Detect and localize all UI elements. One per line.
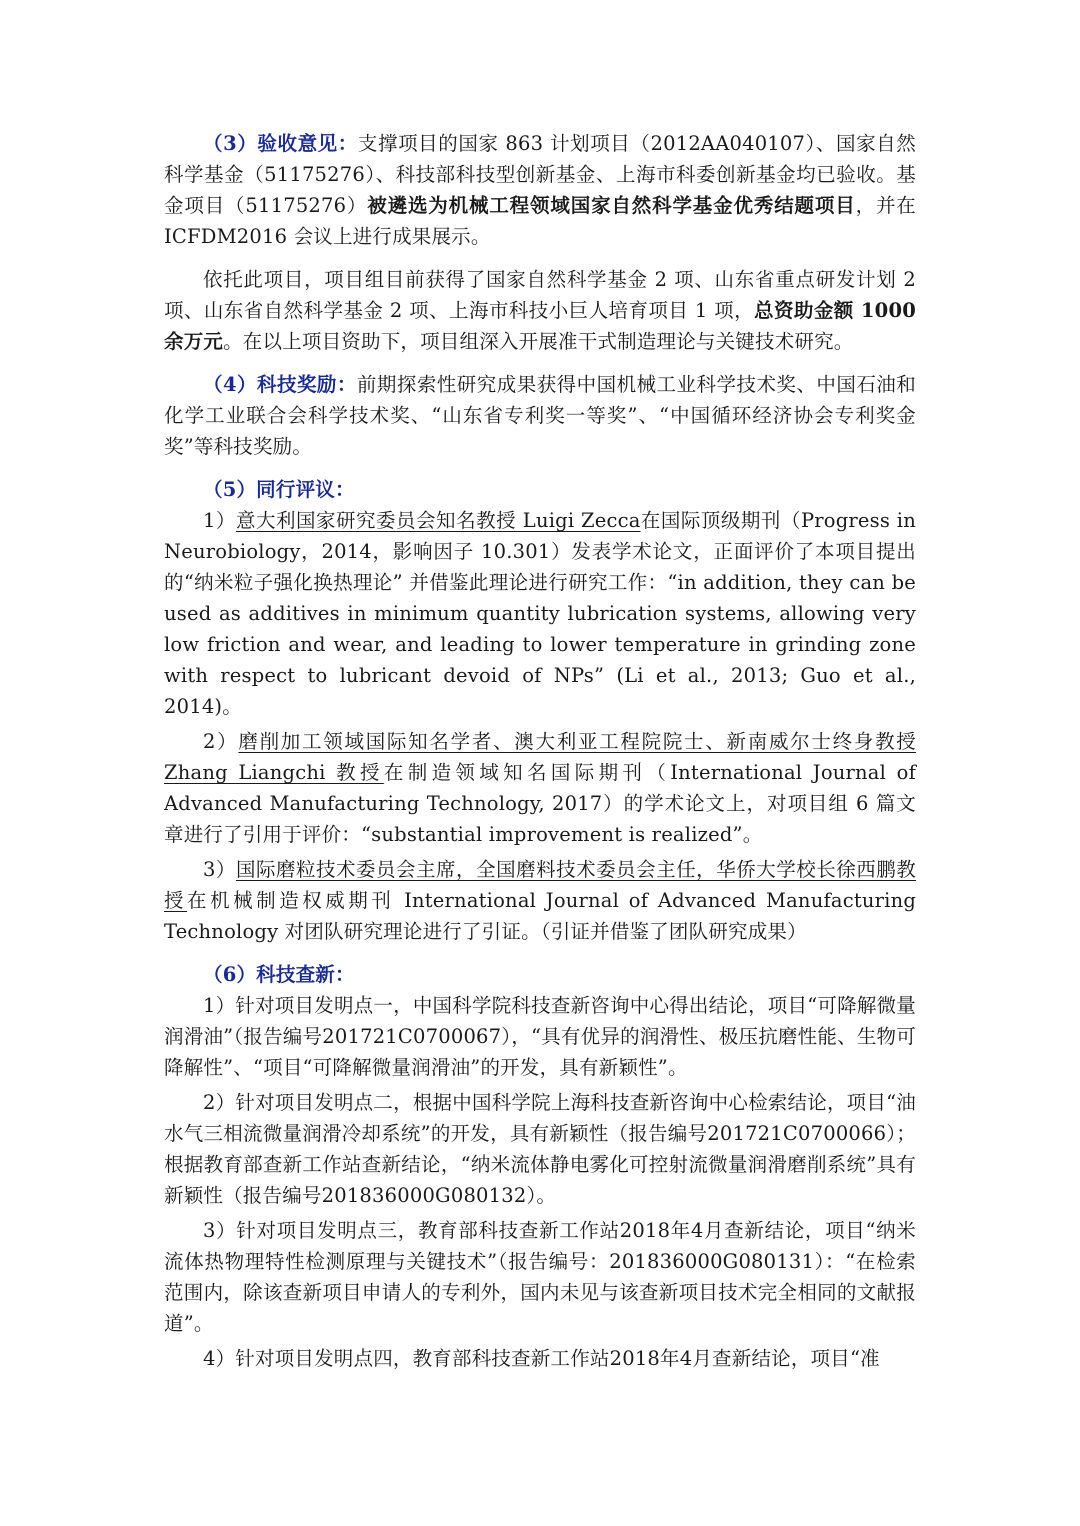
reviewer-name: 意大利国家研究委员会知名教授 Luigi Zecca: [236, 509, 641, 532]
item-number: 1）: [203, 509, 236, 532]
peer-review-item: 1）意大利国家研究委员会知名教授 Luigi Zecca在国际顶级期刊（Prog…: [164, 505, 916, 722]
awards-paragraph: （4）科技奖励：前期探索性研究成果获得中国机械工业科学技术奖、中国石油和化学工业…: [164, 369, 916, 462]
acceptance-paragraph: （3）验收意见：支撑项目的国家 863 计划项目（2012AA040107）、国…: [164, 128, 916, 252]
item-number: 3）: [203, 858, 236, 881]
novelty-item: 1）针对项目发明点一，中国科学院科技查新咨询中心得出结论，项目“可降解微量润滑油…: [164, 990, 916, 1083]
novelty-item: 2）针对项目发明点二，根据中国科学院上海科技查新咨询中心检索结论，项目“油水气三…: [164, 1087, 916, 1211]
item-number: 2）: [203, 730, 238, 753]
awards-heading: （4）科技奖励：: [203, 373, 357, 396]
peer-review-heading-line: （5）同行评议：: [164, 474, 916, 505]
review-text: 在机械制造权威期刊 International Journal of Advan…: [164, 889, 916, 943]
peer-review-heading: （5）同行评议：: [203, 478, 355, 501]
document-page: （3）验收意见：支撑项目的国家 863 计划项目（2012AA040107）、国…: [164, 128, 916, 1374]
review-text: 在国际顶级期刊（Progress in Neurobiology，2014，影响…: [164, 509, 916, 718]
novelty-item: 3）针对项目发明点三，教育部科技查新工作站2018年4月查新结论，项目“纳米流体…: [164, 1215, 916, 1339]
novelty-heading: （6）科技查新：: [203, 963, 355, 986]
novelty-heading-line: （6）科技查新：: [164, 959, 916, 990]
novelty-item: 4）针对项目发明点四，教育部科技查新工作站2018年4月查新结论，项目“准: [164, 1343, 916, 1374]
peer-review-item: 3）国际磨粒技术委员会主席，全国磨料技术委员会主任，华侨大学校长徐西鹏教授在机械…: [164, 854, 916, 947]
acceptance-heading: （3）验收意见：: [203, 132, 358, 155]
funding-paragraph: 依托此项目，项目组目前获得了国家自然科学基金 2 项、山东省重点研发计划 2 项…: [164, 264, 916, 357]
peer-review-item: 2）磨削加工领域国际知名学者、澳大利亚工程院院士、新南威尔士终身教授 Zhang…: [164, 726, 916, 850]
funding-text-end: 。在以上项目资助下，项目组深入开展准干式制造理论与关键技术研究。: [223, 330, 853, 353]
acceptance-bold: 被遴选为机械工程领域国家自然科学基金优秀结题项目: [367, 194, 855, 217]
